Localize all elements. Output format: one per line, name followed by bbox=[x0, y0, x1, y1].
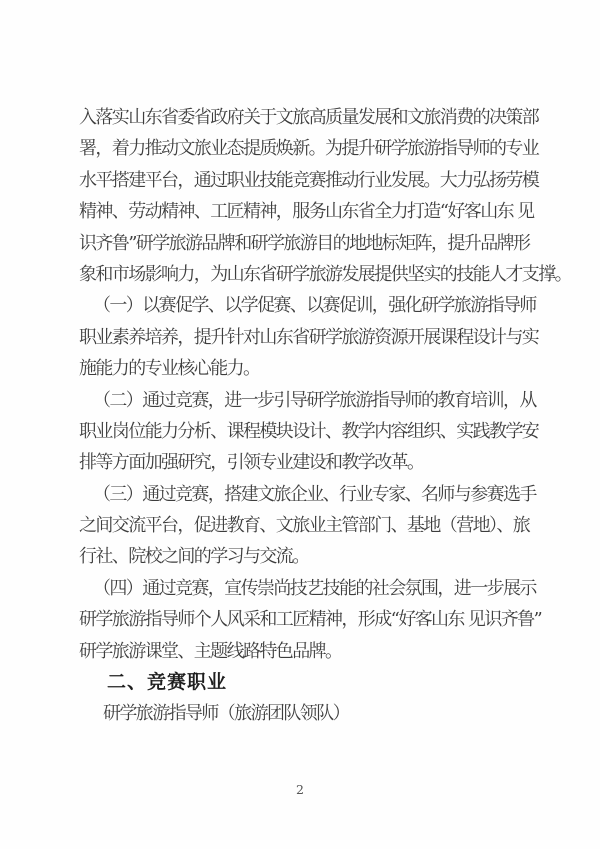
paragraph-line: （三）通过竞赛，搭建文旅企业、行业专家、名师与参赛选手 bbox=[79, 479, 591, 510]
paragraph-line: 职业岗位能力分析、课程模块设计、教学内容组织、实践教学安 bbox=[79, 416, 591, 447]
page-number: 2 bbox=[0, 782, 600, 797]
document-page: 入落实山东省委省政府关于文旅高质量发展和文旅消费的决策部 署，着力推动文旅业态提… bbox=[0, 0, 600, 849]
paragraph-line: （四）通过竞赛，宣传崇尚技艺技能的社会氛围，进一步展示 bbox=[79, 573, 591, 604]
paragraph-line: 研学旅游指导师个人风采和工匠精神，形成“好客山东 见识齐鲁” bbox=[79, 604, 591, 635]
paragraph-line: 入落实山东省委省政府关于文旅高质量发展和文旅消费的决策部 bbox=[79, 102, 591, 133]
paragraph-line: （一）以赛促学、以学促赛、以赛促训，强化研学旅游指导师 bbox=[79, 290, 591, 321]
paragraph-line: 精神、劳动精神、工匠精神，服务山东省全力打造“好客山东 见 bbox=[79, 196, 591, 227]
paragraph-line: 识齐鲁”研学旅游品牌和研学旅游目的地地标矩阵，提升品牌形 bbox=[79, 228, 591, 259]
document-body: 入落实山东省委省政府关于文旅高质量发展和文旅消费的决策部 署，着力推动文旅业态提… bbox=[79, 102, 591, 730]
paragraph-line: 排等方面加强研究，引领专业建设和教学改革。 bbox=[79, 447, 591, 478]
paragraph-line: （二）通过竞赛，进一步引导研学旅游指导师的教育培训，从 bbox=[79, 385, 591, 416]
paragraph-line: 职业素养培养，提升针对山东省研学旅游资源开展课程设计与实 bbox=[79, 322, 591, 353]
paragraph-line: 水平搭建平台，通过职业技能竞赛推动行业发展。大力弘扬劳模 bbox=[79, 165, 591, 196]
paragraph-line: 施能力的专业核心能力。 bbox=[79, 353, 591, 384]
paragraph-line: 署，着力推动文旅业态提质焕新。为提升研学旅游指导师的专业 bbox=[79, 133, 591, 164]
paragraph-line: 之间交流平台，促进教育、文旅业主管部门、基地（营地）、旅 bbox=[79, 510, 591, 541]
paragraph-line: 行社、院校之间的学习与交流。 bbox=[79, 541, 591, 572]
paragraph-line: 研学旅游指导师（旅游团队领队） bbox=[79, 698, 591, 729]
section-heading: 二、竞赛职业 bbox=[79, 667, 591, 698]
paragraph-line: 研学旅游课堂、主题线路特色品牌。 bbox=[79, 636, 591, 667]
paragraph-line: 象和市场影响力，为山东省研学旅游发展提供坚实的技能人才支撑。 bbox=[79, 259, 591, 290]
